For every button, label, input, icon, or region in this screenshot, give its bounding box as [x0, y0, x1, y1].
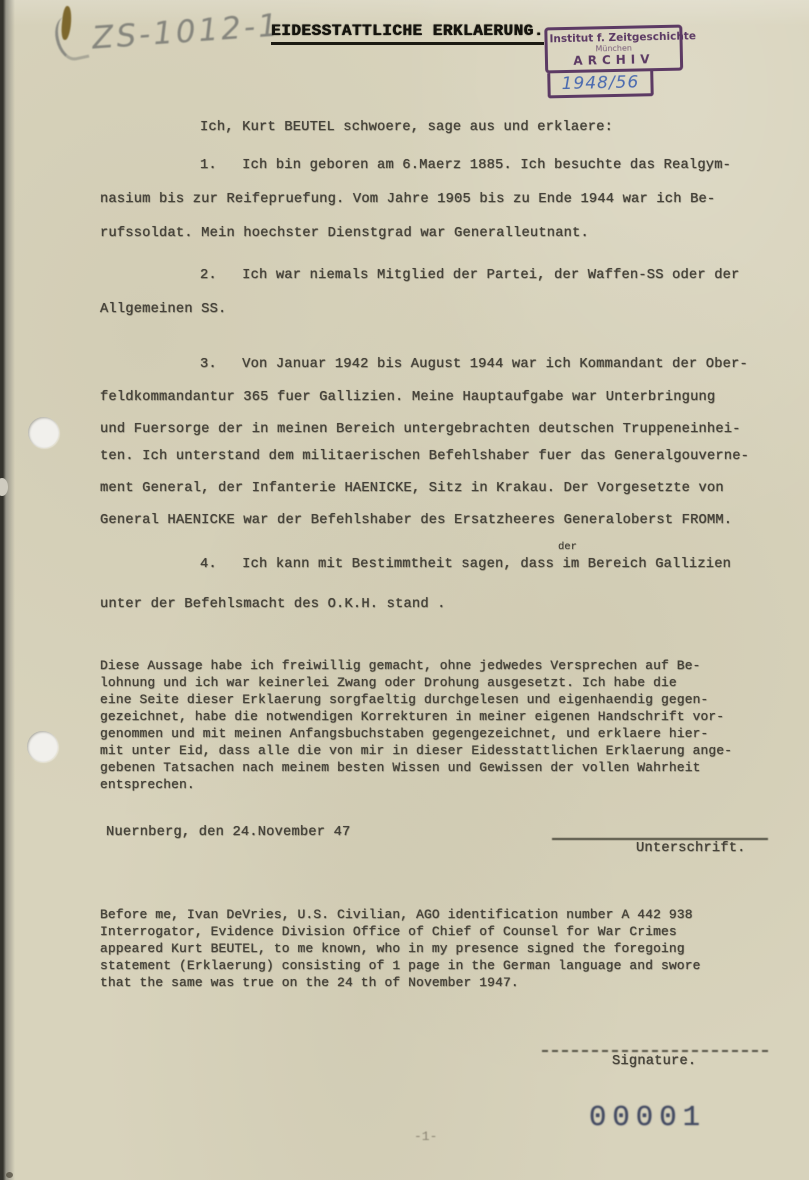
jurat-line: that the same was true on the 24 th of N… [100, 975, 519, 990]
serial-number-stamp: 00001 [589, 1101, 706, 1134]
affidavit-line: rufssoldat. Mein hoechster Dienstgrad wa… [100, 226, 589, 241]
jurat-line: statement (Erklaerung) consisting of 1 p… [100, 958, 701, 973]
page-number: -1- [414, 1129, 437, 1144]
affidavit-line: ment General, der Infanterie HAENICKE, S… [100, 481, 724, 496]
closing-line: gebenen Tatsachen nach meinem besten Wis… [100, 760, 701, 775]
closing-line: genommen und mit meinen Anfangsbuchstabe… [100, 726, 708, 741]
scanned-affidavit-page: ZS-1012-1 EIDESSTATTLICHE ERKLAERUNG. In… [0, 0, 809, 1180]
affidavit-line: und Fuersorge der in meinen Bereich unte… [100, 422, 741, 437]
jurat-line: Interrogator, Evidence Division Office o… [100, 924, 677, 939]
document-title: EIDESSTATTLICHE ERKLAERUNG. [271, 22, 544, 45]
affidavit-line: ten. Ich unterstand dem militaerischen B… [100, 449, 749, 464]
closing-line: Diese Aussage habe ich freiwillig gemach… [100, 658, 701, 673]
affidavit-intro-line: Ich, Kurt BEUTEL schwoere, sage aus und … [200, 120, 613, 135]
archive-stamp-box: Institut f. Zeitgeschichte München ARCHI… [544, 25, 683, 74]
signature-rule-german [552, 838, 768, 840]
jurat-line: appeared Kurt BEUTEL, to me known, who i… [100, 941, 685, 956]
archive-stamp-number-box: 1948/56 [547, 71, 654, 98]
archive-stamp: Institut f. Zeitgeschichte München ARCHI… [544, 25, 683, 99]
stamp-accession-number-handwritten: 1948/56 [561, 72, 639, 94]
closing-line: entsprechen. [100, 777, 195, 792]
date-place-line: Nuernberg, den 24.November 47 [106, 825, 350, 840]
signature-label-english: Signature. [612, 1054, 696, 1069]
affidavit-line: General HAENICKE war der Befehlshaber de… [100, 513, 732, 528]
affidavit-line: feldkommandantur 365 fuer Gallizien. Mei… [100, 390, 715, 405]
affidavit-line: 1. Ich bin geboren am 6.Maerz 1885. Ich … [200, 158, 731, 173]
jurat-line: Before me, Ivan DeVries, U.S. Civilian, … [100, 907, 693, 922]
signature-rule-english [542, 1050, 768, 1052]
affidavit-line: Allgemeinen SS. [100, 302, 226, 317]
closing-line: mit unter Eid, dass alle die von mir in … [100, 743, 732, 758]
stamp-archiv-label: ARCHIV [550, 52, 678, 69]
hole-punch-bottom [27, 731, 58, 762]
scan-speck [6, 1172, 13, 1178]
affidavit-line: 2. Ich war niemals Mitglied der Partei, … [200, 268, 740, 283]
scan-left-edge [0, 0, 16, 1180]
typed-insertion-correction: der [558, 541, 577, 553]
closing-line: gezeichnet, habe die notwendigen Korrekt… [100, 709, 724, 724]
signature-label-german: Unterschrift. [636, 841, 746, 856]
affidavit-line: unter der Befehlsmacht des O.K.H. stand … [100, 597, 446, 612]
closing-line: lohnung und ich war keinerlei Zwang oder… [100, 675, 677, 690]
affidavit-line: nasium bis zur Reifepruefung. Vom Jahre … [100, 192, 715, 207]
closing-line: eine Seite dieser Erklaerung sorgfaeltig… [100, 692, 708, 707]
archive-reference-handwritten: ZS-1012-1 [91, 7, 282, 56]
affidavit-line: 4. Ich kann mit Bestimmtheit sagen, dass… [200, 557, 731, 572]
hole-punch-top [28, 417, 59, 448]
affidavit-line: 3. Von Januar 1942 bis August 1944 war i… [200, 357, 748, 372]
